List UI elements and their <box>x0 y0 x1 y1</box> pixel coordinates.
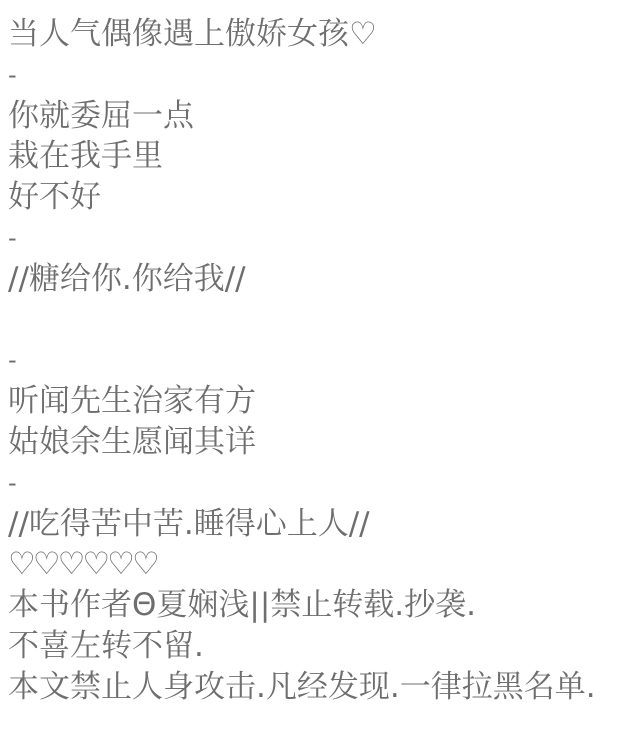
quote-line: //吃得苦中苦.睡得心上人// <box>8 504 640 545</box>
separator-dash: - <box>8 218 640 259</box>
notice-line: 本文禁止人身攻击.凡经发现.一律拉黑名单. <box>8 667 640 708</box>
blank-line <box>8 300 640 341</box>
author-notice-line: 本书作者Θ夏娴浅||禁止转载.抄袭. <box>8 585 640 626</box>
hearts-icon: ♡♡♡♡♡♡ <box>8 544 640 585</box>
book-intro-text: 当人气偶像遇上傲娇女孩♡ - 你就委屈一点 栽在我手里 好不好 - //糖给你.… <box>8 14 640 708</box>
quote-line: //糖给你.你给我// <box>8 259 640 300</box>
separator-dash: - <box>8 463 640 504</box>
text-line: 好不好 <box>8 177 640 218</box>
text-line: 听闻先生治家有方 <box>8 381 640 422</box>
notice-line: 不喜左转不留. <box>8 626 640 667</box>
text-line: 姑娘余生愿闻其详 <box>8 422 640 463</box>
text-line: 栽在我手里 <box>8 136 640 177</box>
text-line: 你就委屈一点 <box>8 96 640 137</box>
separator-dash: - <box>8 55 640 96</box>
separator-dash: - <box>8 340 640 381</box>
title-line: 当人气偶像遇上傲娇女孩♡ <box>8 14 640 55</box>
